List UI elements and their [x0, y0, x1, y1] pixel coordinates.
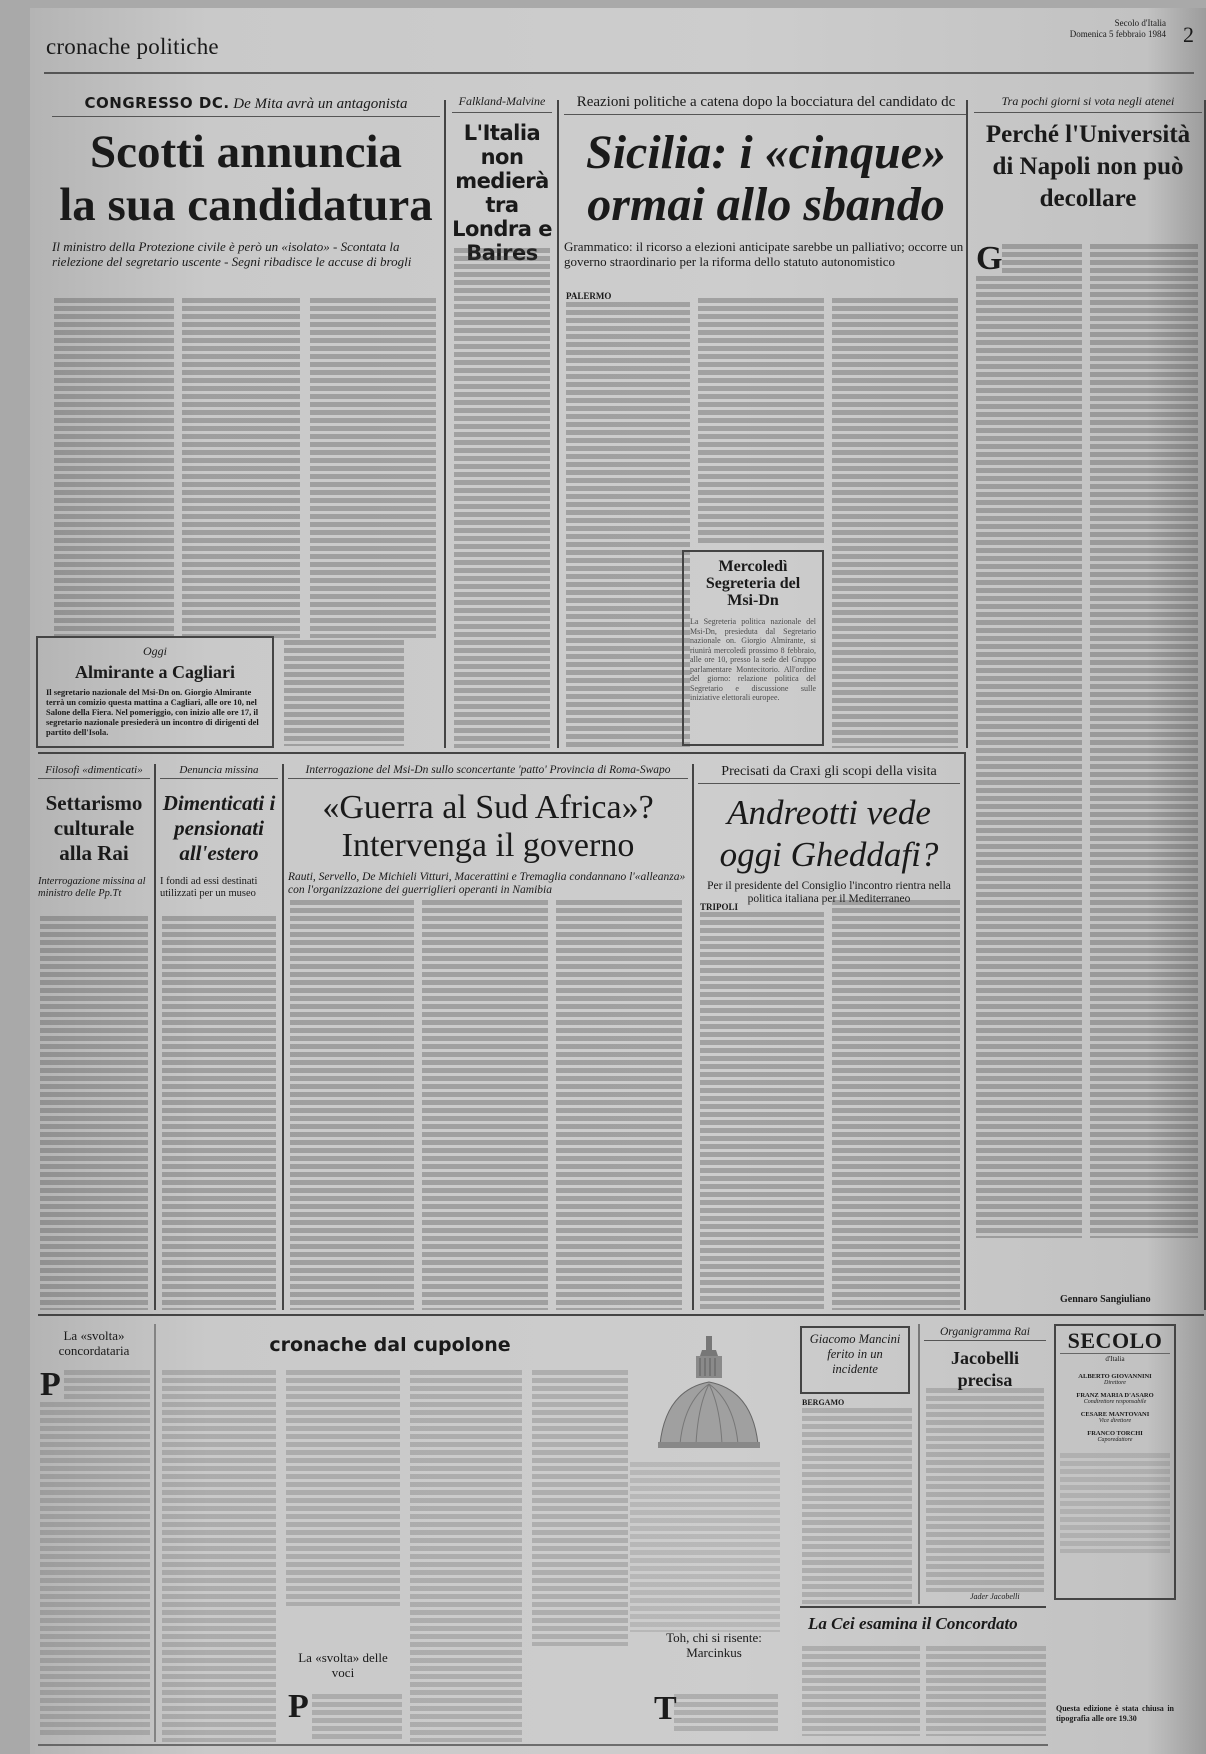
article-sicilia: Reazioni politiche a catena dopo la bocc…: [564, 94, 968, 269]
body-text: [40, 916, 148, 1310]
dateline: TRIPOLI: [700, 902, 738, 912]
body-text: [698, 298, 824, 544]
headline: L'Italia non medierà tra Londra e Baires: [452, 121, 552, 265]
headline-line2: Intervenga il governo: [288, 827, 688, 865]
kicker: Denuncia missina: [160, 764, 278, 779]
kicker: Filosofi «dimenticati»: [38, 764, 150, 779]
headline: Scotti annuncia: [52, 129, 440, 176]
column-rule: [966, 100, 968, 748]
body-text: [312, 1694, 402, 1742]
headline: Dimenticati i pensionati all'estero: [160, 791, 278, 866]
dropcap: P: [40, 1370, 61, 1400]
header-rule: [44, 72, 1194, 74]
column-rule: [154, 1324, 156, 1742]
staff-role: Vice direttore: [1060, 1418, 1170, 1424]
body-text: [1002, 244, 1082, 274]
body-text: [284, 640, 404, 746]
column-rule: [692, 764, 694, 1310]
body-text: [926, 1388, 1044, 1592]
body-text: [182, 298, 300, 638]
staff-name: ALBERTO GIOVANNINI: [1060, 1373, 1170, 1380]
publication-name: Secolo d'Italia: [1070, 18, 1166, 29]
body-text: [162, 1370, 276, 1742]
body-text: Il segretario nazionale del Msi-Dn on. G…: [46, 687, 264, 737]
headline: Perché l'Università di Napoli non può de…: [974, 119, 1202, 215]
section-rule: [38, 752, 966, 754]
kicker: CONGRESSO DC. De Mita avrà un antagonist…: [52, 94, 440, 117]
body-text: [976, 276, 1082, 1238]
headline: Almirante a Cagliari: [46, 663, 264, 681]
article-segreteria: Mercoledì Segreteria del Msi-Dn La Segre…: [682, 550, 824, 746]
headline: Giacomo Mancini ferito in un incidente: [806, 1332, 904, 1377]
newspaper-page: cronache politiche Secolo d'Italia Domen…: [30, 8, 1206, 1754]
headline-line2: la sua candidatura: [52, 182, 440, 229]
article-sudafrica: Interrogazione del Msi-Dn sullo sconcert…: [288, 764, 688, 897]
body-text: [802, 1646, 920, 1736]
staff-name: FRANZ MARIA D'ASARO: [1060, 1392, 1170, 1399]
closing-note: Questa edizione è stata chiusa in tipogr…: [1056, 1704, 1174, 1723]
page-bottom-rule: [38, 1744, 1048, 1746]
kicker: Falkland-Malvine: [452, 94, 552, 113]
dropcap: G: [976, 244, 1002, 274]
secolo-logo-sub: d'Italia: [1060, 1355, 1170, 1363]
kicker: Organigramma Rai: [924, 1326, 1046, 1341]
staff-name: CESARE MANTOVANI: [1060, 1411, 1170, 1418]
headline-line2: oggi Gheddafi?: [698, 834, 960, 876]
headline: Andreotti vede: [698, 792, 960, 834]
body-text: [802, 1408, 912, 1604]
staff-role: Direttore: [1060, 1380, 1170, 1386]
section-rule: [800, 1606, 1046, 1608]
dateline: PALERMO: [566, 291, 611, 301]
subheadline: Il ministro della Protezione civile è pe…: [52, 239, 440, 269]
body-text: [926, 1646, 1046, 1736]
dropcap: P: [288, 1692, 309, 1722]
headline: Mercoledì Segreteria del Msi-Dn: [690, 558, 816, 609]
body-text: [410, 1370, 522, 1742]
subheadline: Grammatico: il ricorso a elezioni antici…: [564, 239, 968, 269]
body-text: [422, 900, 548, 1310]
body-text: [556, 900, 682, 1310]
body-text: [54, 298, 174, 638]
column-rule: [918, 1324, 920, 1604]
section-rule: [38, 1314, 1204, 1316]
author: Jader Jacobelli: [970, 1592, 1020, 1601]
staff-role: Caporedattore: [1060, 1437, 1170, 1443]
headline: Sicilia: i «cinque»: [564, 129, 968, 177]
dome-illustration: [630, 1326, 790, 1644]
cupolone-section-title: cronache dal cupolone: [160, 1334, 620, 1356]
headline: Jacobelli precisa: [924, 1347, 1046, 1391]
cupolone-side-kicker: La «svolta» concordataria: [38, 1328, 150, 1358]
article-rai: Filosofi «dimenticati» Settarismo cultur…: [38, 764, 150, 900]
body-text: [40, 1402, 150, 1738]
colophon-text: [1060, 1453, 1170, 1553]
column-rule: [154, 764, 156, 1310]
body-text: [700, 912, 824, 1310]
subheadline: Rauti, Servello, De Michieli Vitturi, Ma…: [288, 871, 688, 897]
kicker: Interrogazione del Msi-Dn sullo sconcert…: [288, 764, 688, 779]
column-rule: [557, 100, 559, 748]
headline: «Guerra al Sud Africa»?: [288, 789, 688, 827]
body-text: [286, 1370, 400, 1606]
colophon-box: SECOLO d'Italia ALBERTO GIOVANNINIDirett…: [1054, 1324, 1176, 1600]
subheadline: Interrogazione missina al ministro delle…: [38, 876, 150, 900]
article-scotti: CONGRESSO DC. De Mita avrà un antagonist…: [52, 94, 440, 269]
kicker: Precisati da Craxi gli scopi della visit…: [698, 764, 960, 784]
staff-name: FRANCO TORCHI: [1060, 1430, 1170, 1437]
body-text: [566, 302, 690, 748]
author: Gennaro Sangiuliano: [1060, 1294, 1151, 1305]
staff-role: Condirettore responsabile: [1060, 1399, 1170, 1405]
body-text: [64, 1370, 150, 1400]
article-falkland: Falkland-Malvine L'Italia non medierà tr…: [452, 94, 552, 265]
staff-list: ALBERTO GIOVANNINIDirettoreFRANZ MARIA D…: [1060, 1373, 1170, 1443]
body-text: [674, 1694, 778, 1734]
column-rule: [444, 100, 446, 748]
kicker: Oggi: [46, 644, 264, 659]
subheadline: I fondi ad essi destinati utilizzati per…: [160, 876, 278, 900]
page-number: 2: [1183, 22, 1194, 48]
cei-headline: La Cei esamina il Concordato: [808, 1614, 1018, 1634]
marcinkus-headline: Toh, chi si risente: Marcinkus: [650, 1630, 778, 1660]
body-text: [1090, 244, 1198, 1238]
headline: Settarismo culturale alla Rai: [38, 791, 150, 866]
issue-date: Domenica 5 febbraio 1984: [1070, 29, 1166, 40]
body-text: [832, 298, 958, 748]
kicker: Reazioni politiche a catena dopo la bocc…: [564, 94, 968, 115]
body-text: [454, 248, 550, 748]
body-text: [532, 1370, 628, 1646]
article-almirante: Oggi Almirante a Cagliari Il segretario …: [36, 636, 274, 748]
article-andreotti: Precisati da Craxi gli scopi della visit…: [698, 764, 960, 906]
column-rule: [282, 764, 284, 1310]
article-napoli: Tra pochi giorni si vota negli atenei Pe…: [974, 94, 1202, 215]
article-mancini: Giacomo Mancini ferito in un incidente: [800, 1326, 910, 1394]
kicker: Tra pochi giorni si vota negli atenei: [974, 94, 1202, 113]
column-rule: [964, 752, 966, 1310]
headline-line2: ormai allo sbando: [564, 181, 968, 229]
section-title: cronache politiche: [46, 34, 219, 60]
body-text: [832, 900, 960, 1310]
masthead-info: Secolo d'Italia Domenica 5 febbraio 1984: [1070, 18, 1166, 40]
body-text: [630, 1462, 780, 1632]
body-text: [162, 916, 276, 1310]
st-peters-dome-icon: [630, 1326, 790, 1456]
article-jacobelli: Organigramma Rai Jacobelli precisa: [924, 1326, 1046, 1391]
body-text: La Segreteria politica nazionale del Msi…: [690, 617, 816, 703]
body-text: [290, 900, 414, 1310]
mid-kicker: La «svolta» delle voci: [286, 1650, 400, 1680]
dateline: BERGAMO: [802, 1398, 844, 1407]
body-text: [310, 298, 436, 638]
secolo-logo: SECOLO: [1060, 1330, 1170, 1354]
article-pensionati: Denuncia missina Dimenticati i pensionat…: [160, 764, 278, 900]
